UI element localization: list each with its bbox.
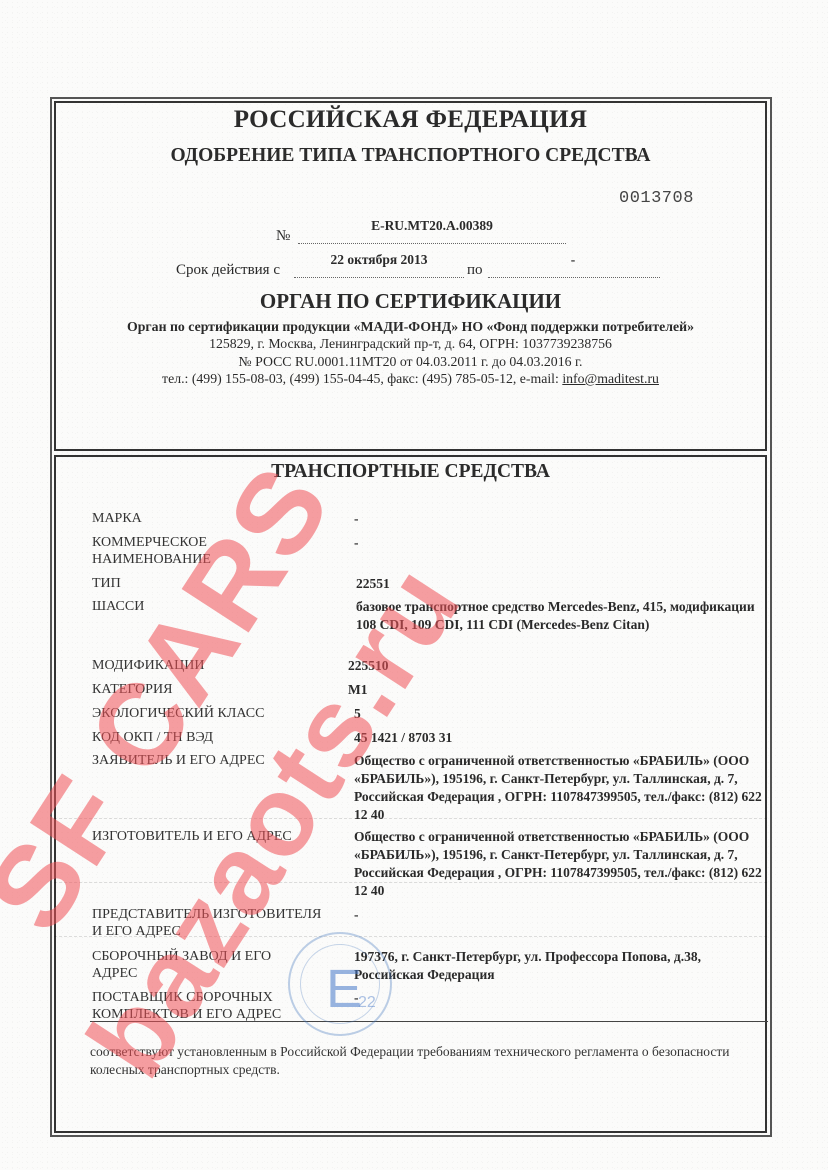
field-label: ШАССИ — [92, 598, 332, 615]
field-value: - — [354, 906, 754, 923]
field-label: МАРКА — [92, 510, 332, 527]
certification-body-heading: ОРГАН ПО СЕРТИФИКАЦИИ — [54, 289, 767, 314]
validity-from-underline — [294, 277, 464, 278]
validity-from: 22 октября 2013 — [294, 252, 464, 268]
validity-to-underline — [488, 277, 660, 278]
field-value: 197376, г. Санкт-Петербург, ул. Профессо… — [354, 948, 764, 984]
field-label: КОД ОКП / ТН ВЭД — [92, 729, 332, 746]
document-title: ОДОБРЕНИЕ ТИПА ТРАНСПОРТНОГО СРЕДСТВА — [54, 145, 767, 167]
certification-body-accreditation: № РОСС RU.0001.11МТ20 от 04.03.2011 г. д… — [54, 353, 767, 371]
field-value: Общество с ограниченной ответственностью… — [354, 828, 764, 900]
field-value: - — [354, 989, 754, 1006]
section-divider — [90, 1021, 768, 1022]
email-link[interactable]: info@maditest.ru — [562, 371, 659, 386]
field-label: ЗАЯВИТЕЛЬ И ЕГО АДРЕС — [92, 752, 332, 769]
field-value: 22551 — [356, 575, 756, 592]
field-value: M1 — [348, 681, 748, 698]
field-label: ЭКОЛОГИЧЕСКИЙ КЛАСС — [92, 705, 332, 722]
country-title: РОССИЙСКАЯ ФЕДЕРАЦИЯ — [54, 106, 767, 134]
field-value: базовое транспортное средство Mercedes-B… — [356, 598, 761, 633]
field-label: ТИП — [92, 575, 332, 592]
field-label: КОММЕРЧЕСКОЕ НАИМЕНОВАНИЕ — [92, 534, 242, 568]
validity-to-label: по — [467, 262, 483, 279]
validity-to: - — [488, 252, 658, 268]
validity-label: Срок действия с — [176, 262, 280, 279]
certification-body-address: 125829, г. Москва, Ленинградский пр-т, д… — [54, 335, 767, 353]
field-label: ПРЕДСТАВИТЕЛЬ ИЗГОТОВИТЕЛЯ И ЕГО АДРЕС — [92, 906, 322, 940]
field-label: СБОРОЧНЫЙ ЗАВОД И ЕГО АДРЕС — [92, 948, 292, 982]
approval-number: E-RU.MT20.A.00389 — [298, 218, 566, 234]
stamp-letter: E — [326, 962, 362, 1016]
certification-body-name: Орган по сертификации продукции «МАДИ-ФО… — [54, 318, 767, 336]
field-value: - — [354, 534, 754, 551]
field-value: 225510 — [348, 657, 748, 674]
number-sign: № — [276, 228, 290, 245]
conformity-statement: соответствуют установленным в Российской… — [90, 1043, 740, 1079]
field-value: 5 — [354, 705, 754, 722]
field-value: 45 1421 / 8703 31 — [354, 729, 754, 746]
stamp-number: 22 — [358, 994, 376, 1012]
vehicles-heading: ТРАНСПОРТНЫЕ СРЕДСТВА — [54, 461, 767, 483]
number-underline — [298, 243, 566, 244]
field-label: КАТЕГОРИЯ — [92, 681, 332, 698]
official-stamp: E 22 — [288, 932, 392, 1036]
validity-line: Срок действия с 22 октября 2013 по - — [176, 252, 676, 282]
field-label: МОДИФИКАЦИИ — [92, 657, 332, 674]
field-label: ПОСТАВЩИК СБОРОЧНЫХ КОМПЛЕКТОВ И ЕГО АДР… — [92, 989, 312, 1023]
field-value: Общество с ограниченной ответственностью… — [354, 752, 764, 824]
certification-body-contacts: тел.: (499) 155-08-03, (499) 155-04-45, … — [54, 370, 767, 388]
field-label: ИЗГОТОВИТЕЛЬ И ЕГО АДРЕС — [92, 828, 332, 845]
contacts-text: тел.: (499) 155-08-03, (499) 155-04-45, … — [162, 371, 562, 386]
field-value: - — [354, 510, 754, 527]
form-serial-number: 0013708 — [619, 189, 694, 208]
